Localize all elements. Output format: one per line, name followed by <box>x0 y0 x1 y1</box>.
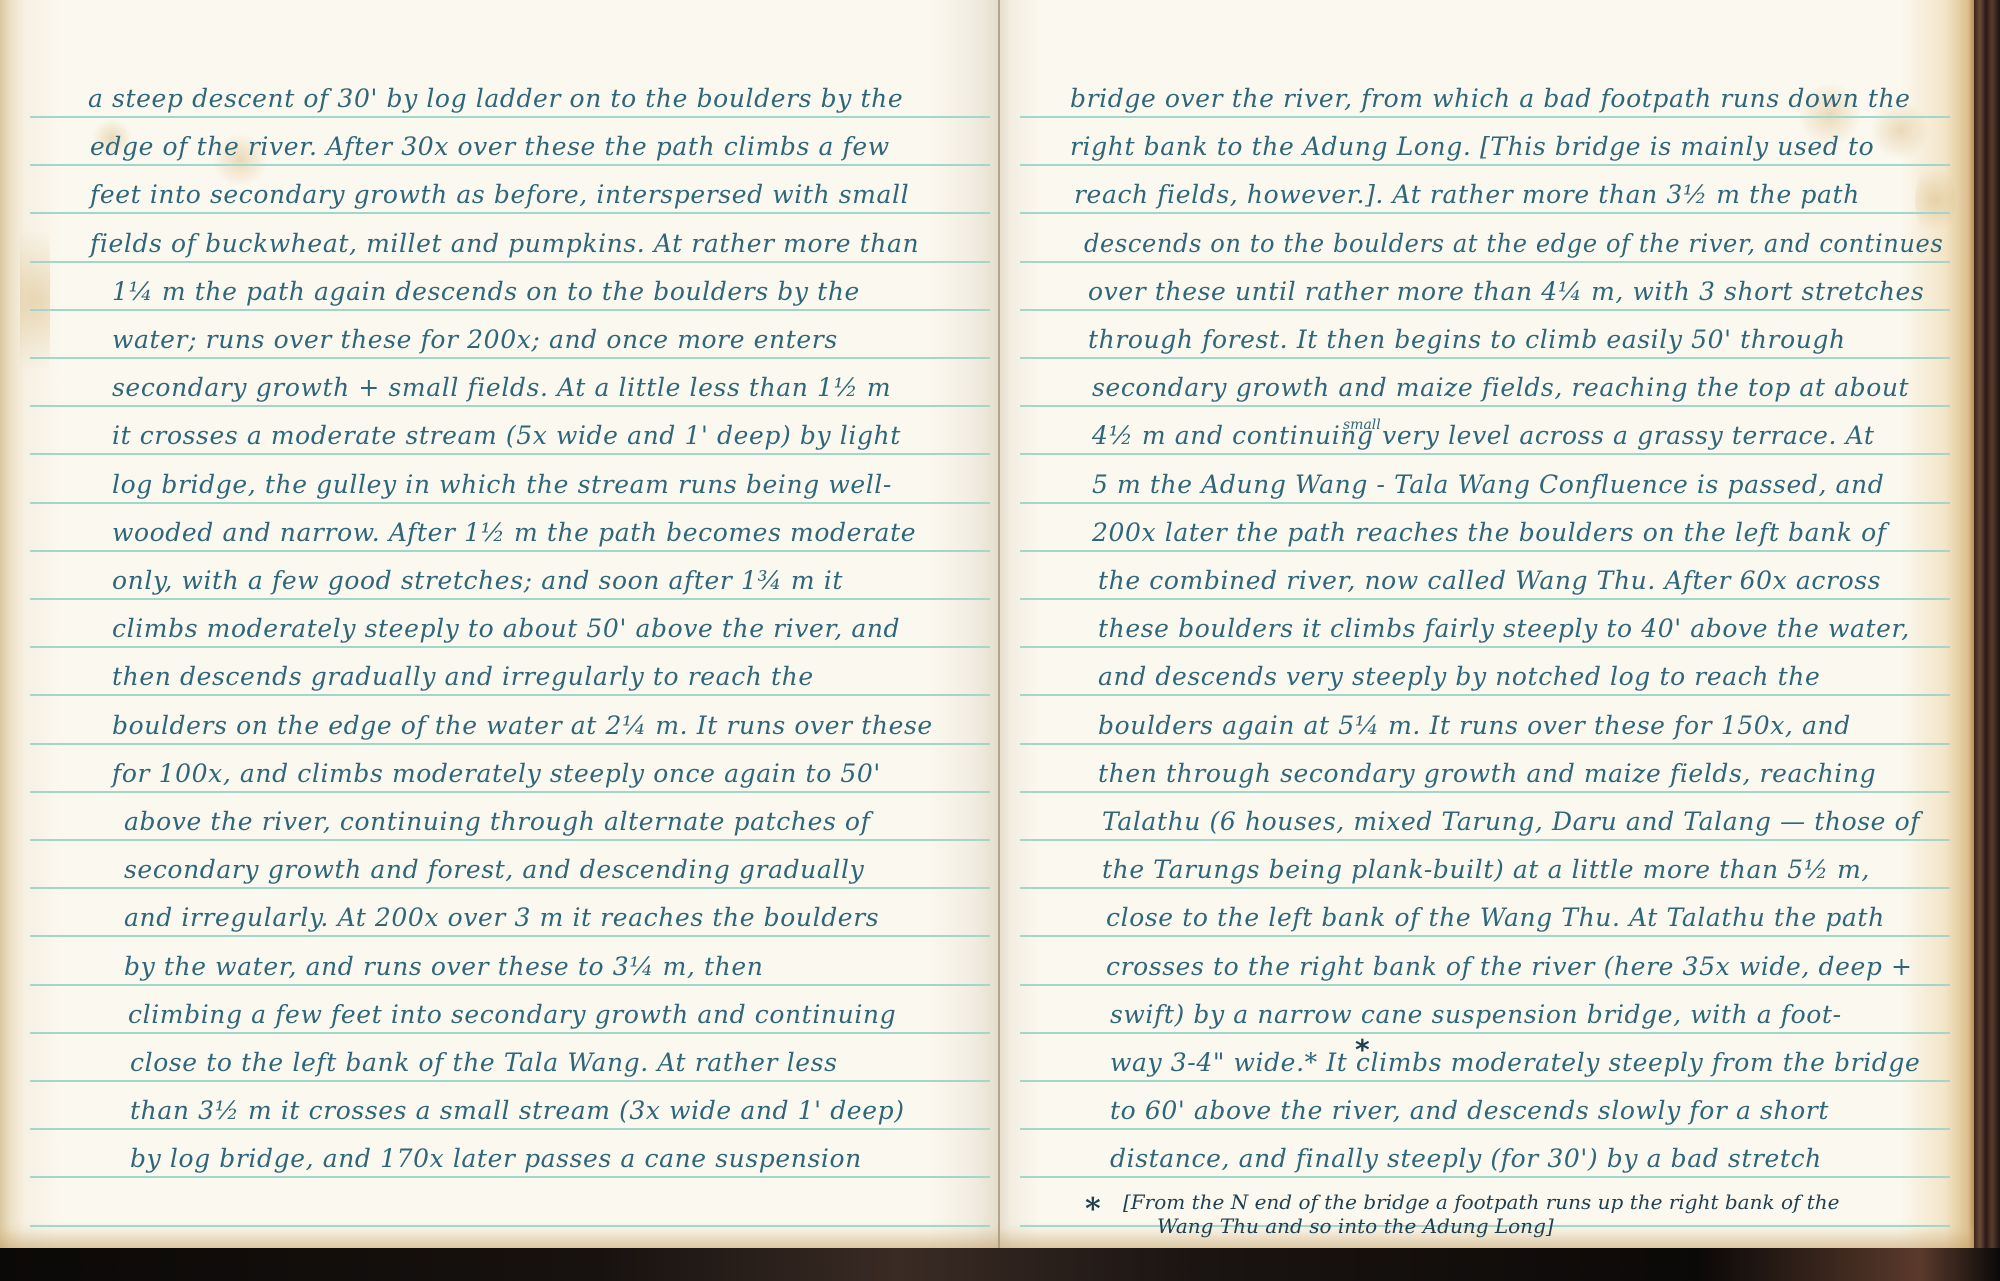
handwritten-line: secondary growth + small fields. At a li… <box>112 373 891 403</box>
handwritten-line: bridge over the river, from which a bad … <box>1070 84 1911 114</box>
handwritten-line: fields of buckwheat, millet and pumpkins… <box>90 229 919 259</box>
handwritten-line: for 100x, and climbs moderately steeply … <box>112 759 881 789</box>
left-page-text: a steep descent of 30' by log ladder on … <box>0 0 1000 1248</box>
handwritten-line: 200x later the path reaches the boulders… <box>1092 518 1887 548</box>
handwritten-line: over these until rather more than 4¼ m, … <box>1088 277 1924 307</box>
handwritten-line: climbs moderately steeply to about 50' a… <box>112 614 900 644</box>
footnote-line-1: [From the N end of the bridge a footpath… <box>1123 1190 1840 1214</box>
footnote-marker-inline: * <box>1355 1033 1370 1066</box>
handwritten-line: secondary growth and maize fields, reach… <box>1092 373 1909 403</box>
handwritten-line: secondary growth and forest, and descend… <box>124 855 864 885</box>
handwritten-line: distance, and finally steeply (for 30') … <box>1110 1144 1822 1174</box>
handwritten-line: a steep descent of 30' by log ladder on … <box>88 84 903 114</box>
handwritten-line: 4½ m and continuing very level across a … <box>1092 421 1874 451</box>
insertion-small: small <box>1343 417 1381 433</box>
handwritten-line: by log bridge, and 170x later passes a c… <box>130 1144 862 1174</box>
handwritten-line: above the river, continuing through alte… <box>124 807 870 837</box>
handwritten-line: log bridge, the gulley in which the stre… <box>112 470 892 500</box>
handwritten-line: to 60' above the river, and descends slo… <box>1110 1096 1829 1126</box>
handwritten-line: swift) by a narrow cane suspension bridg… <box>1110 1000 1842 1030</box>
notebook-spread: a steep descent of 30' by log ladder on … <box>0 0 2000 1281</box>
handwritten-line: boulders on the edge of the water at 2¼ … <box>112 711 933 741</box>
handwritten-line: then descends gradually and irregularly … <box>112 662 814 692</box>
handwritten-line: descends on to the boulders at the edge … <box>1084 229 1943 259</box>
handwritten-line: close to the left bank of the Wang Thu. … <box>1106 903 1885 933</box>
handwritten-line: then through secondary growth and maize … <box>1098 759 1876 789</box>
handwritten-line: right bank to the Adung Long. [This brid… <box>1070 132 1874 162</box>
handwritten-line: and irregularly. At 200x over 3 m it rea… <box>124 903 879 933</box>
handwritten-line: 1¼ m the path again descends on to the b… <box>112 277 860 307</box>
left-page: a steep descent of 30' by log ladder on … <box>0 0 1000 1248</box>
handwritten-line: it crosses a moderate stream (5x wide an… <box>112 421 901 451</box>
footnote-line-2: Wang Thu and so into the Adung Long] <box>1157 1214 1554 1238</box>
handwritten-line: the Tarungs being plank-built) at a litt… <box>1102 855 1870 885</box>
footnote-asterisk: * <box>1085 1192 1101 1227</box>
handwritten-line: Talathu (6 houses, mixed Tarung, Daru an… <box>1102 807 1920 837</box>
handwritten-line: boulders again at 5¼ m. It runs over the… <box>1098 711 1851 741</box>
right-page-text: bridge over the river, from which a bad … <box>1000 0 1974 1248</box>
handwritten-line: through forest. It then begins to climb … <box>1088 325 1846 355</box>
handwritten-line: by the water, and runs over these to 3¼ … <box>124 952 763 982</box>
handwritten-line: crosses to the right bank of the river (… <box>1106 952 1913 982</box>
handwritten-line: these boulders it climbs fairly steeply … <box>1098 614 1910 644</box>
handwritten-line: than 3½ m it crosses a small stream (3x … <box>130 1096 905 1126</box>
handwritten-line: and descends very steeply by notched log… <box>1098 662 1820 692</box>
handwritten-line: 5 m the Adung Wang - Tala Wang Confluenc… <box>1092 470 1884 500</box>
handwritten-line: reach fields, however.]. At rather more … <box>1074 180 1860 210</box>
book-cover-edge <box>1974 0 2000 1281</box>
handwritten-line: only, with a few good stretches; and soo… <box>112 566 843 596</box>
right-page: bridge over the river, from which a bad … <box>1000 0 1974 1248</box>
handwritten-line: climbing a few feet into secondary growt… <box>128 1000 896 1030</box>
handwritten-line: the combined river, now called Wang Thu.… <box>1098 566 1881 596</box>
handwritten-line: close to the left bank of the Tala Wang.… <box>130 1048 838 1078</box>
handwritten-line: way 3-4" wide.* It climbs moderately ste… <box>1110 1048 1920 1078</box>
background-surface <box>0 1248 2000 1281</box>
handwritten-line: water; runs over these for 200x; and onc… <box>112 325 838 355</box>
handwritten-line: feet into secondary growth as before, in… <box>90 180 909 210</box>
handwritten-line: wooded and narrow. After 1½ m the path b… <box>112 518 916 548</box>
handwritten-line: edge of the river. After 30x over these … <box>90 132 890 162</box>
footnote: * [From the N end of the bridge a footpa… <box>1085 1190 1965 1248</box>
